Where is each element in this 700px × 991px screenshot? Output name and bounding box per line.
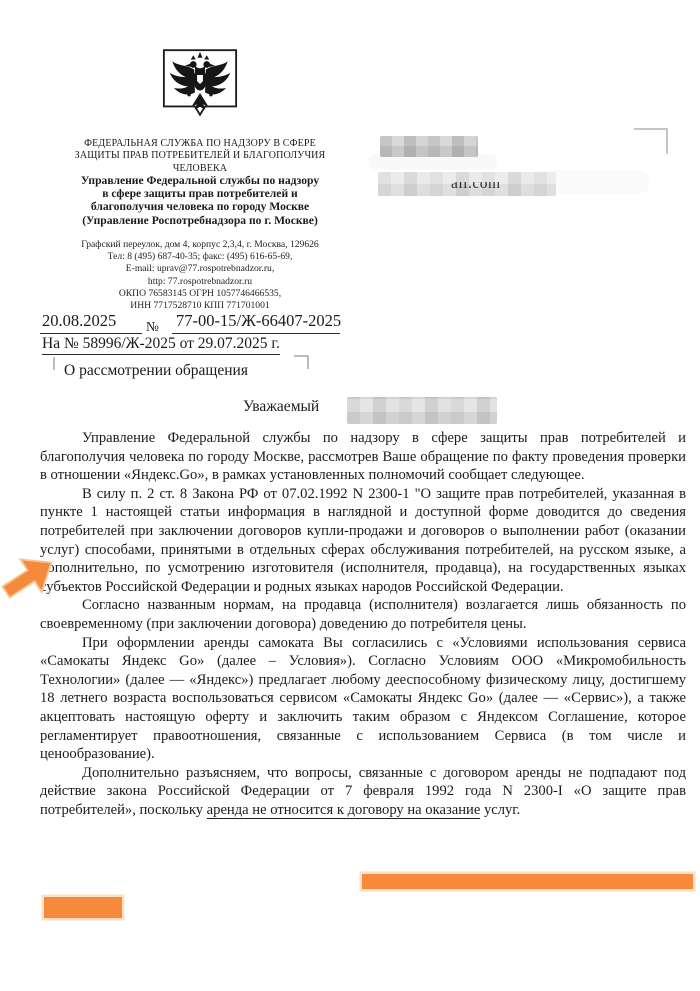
contact-info: Графский переулок, дом 4, корпус 2,3,4, …: [35, 239, 365, 312]
agency-name: ФЕДЕРАЛЬНАЯ СЛУЖБА ПО НАДЗОРУ В СФЕРЕ ЗА…: [35, 138, 365, 175]
contact-line: http: 77.rospotrebnadzor.ru: [35, 276, 365, 288]
highlight-block: [44, 897, 122, 918]
paragraph-text: услуг.: [480, 802, 520, 818]
email-fragment: ail.com: [451, 182, 561, 193]
highlight-bar: [362, 874, 693, 889]
number-sign: №: [146, 319, 159, 335]
letter-body: Управление Федеральной службы по надзору…: [40, 429, 686, 819]
office-line: Управление Федеральной службы по надзору: [35, 174, 365, 187]
agency-line: ЗАЩИТЫ ПРАВ ПОТРЕБИТЕЛЕЙ И БЛАГОПОЛУЧИЯ: [35, 150, 365, 162]
corner-bracket-subject: [307, 355, 309, 369]
outgoing-number: 77-00-15/Ж-66407-2025: [176, 311, 341, 331]
document-page: ФЕДЕРАЛЬНАЯ СЛУЖБА ПО НАДЗОРУ В СФЕРЕ ЗА…: [0, 0, 700, 991]
contact-line: Графский переулок, дом 4, корпус 2,3,4, …: [35, 239, 365, 251]
corner-bracket-recipient: [634, 128, 668, 130]
salutation: Уважаемый: [243, 398, 319, 416]
coat-of-arms-emblem: [158, 46, 242, 130]
underline-annotation: аренда не относится к договору на оказан…: [207, 802, 481, 820]
body-paragraph: Дополнительно разъясняем, что вопросы, с…: [40, 764, 686, 820]
agency-line: ФЕДЕРАЛЬНАЯ СЛУЖБА ПО НАДЗОРУ В СФЕРЕ: [35, 138, 365, 150]
corner-bracket-subject: [294, 355, 308, 357]
corner-bracket-recipient: [666, 128, 668, 154]
reply-reference: На № 58996/Ж-2025 от 29.07.2025 г.: [42, 335, 280, 355]
office-line: (Управление Роспотребнадзора по г. Москв…: [35, 214, 365, 227]
body-paragraph: При оформлении аренды самоката Вы соглас…: [40, 634, 686, 764]
subject-line: О рассмотрении обращения: [64, 362, 248, 380]
orange-arrow-annotation: [1, 547, 57, 605]
body-paragraph: Управление Федеральной службы по надзору…: [40, 429, 686, 485]
body-paragraph: Согласно названным нормам, на продавца (…: [40, 596, 686, 633]
contact-line: Тел: 8 (495) 687-40-35; факс: (495) 616-…: [35, 251, 365, 263]
letter-date: 20.08.2025: [42, 311, 116, 331]
redaction-block-recipient-name: [380, 136, 478, 157]
office-line: в сфере защиты прав потребителей и: [35, 187, 365, 200]
office-name: Управление Федеральной службы по надзору…: [35, 174, 365, 227]
contact-line: ОКПО 76583145 ОГРН 1057746466535,: [35, 288, 365, 300]
redaction-block-salutation-name: [347, 397, 497, 424]
office-line: благополучия человека по городу Москве: [35, 200, 365, 213]
contact-line: E-mail: uprav@77.rospotrebnadzor.ru,: [35, 263, 365, 275]
corner-bracket-subject: [53, 357, 55, 370]
body-paragraph: В силу п. 2 ст. 8 Закона РФ от 07.02.199…: [40, 485, 686, 597]
